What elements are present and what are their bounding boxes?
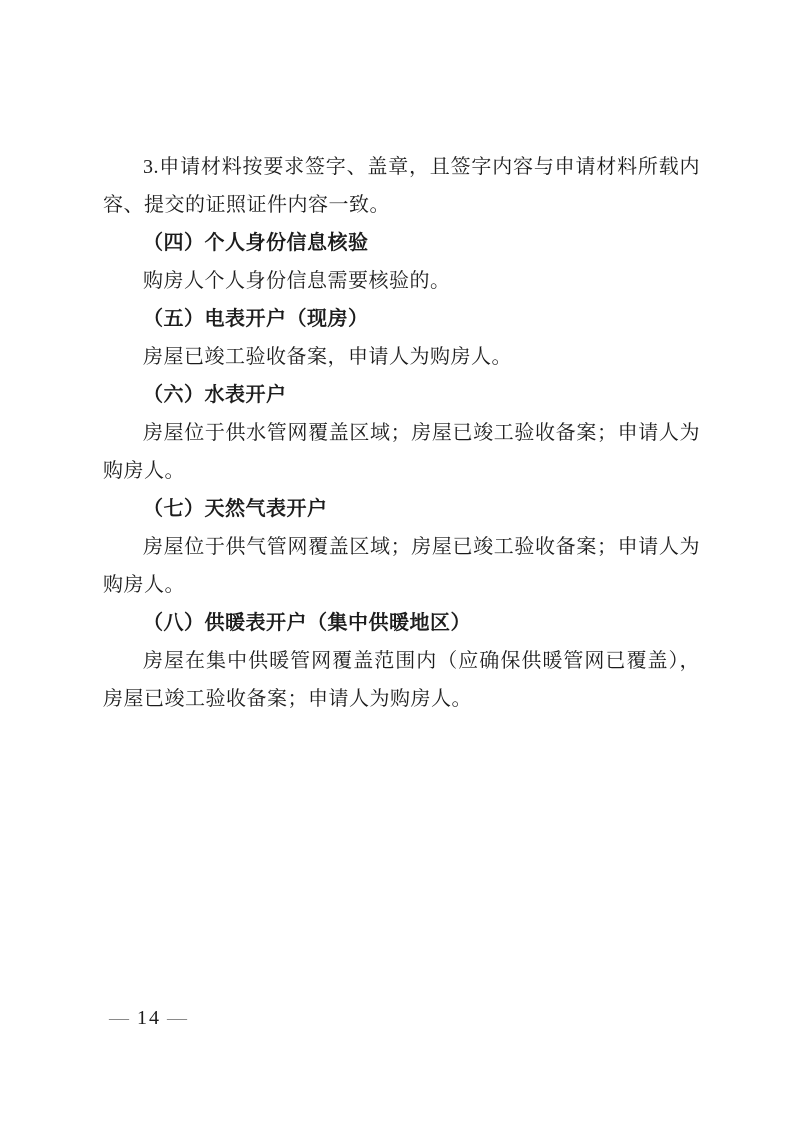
paragraph-identity-check: 购房人个人身份信息需要核验的。 — [103, 262, 700, 300]
paragraph-signature-requirement: 3.申请材料按要求签字、盖章，且签字内容与申请材料所载内容、提交的证照证件内容一… — [103, 148, 700, 224]
section-heading-identity-check: （四）个人身份信息核验 — [103, 224, 700, 262]
section-heading-water-meter: （六）水表开户 — [103, 376, 700, 414]
page-number-left-dash: — — [103, 1007, 137, 1029]
paragraph-gas-meter: 房屋位于供气管网覆盖区域；房屋已竣工验收备案；申请人为购房人。 — [103, 528, 700, 604]
paragraph-water-meter: 房屋位于供水管网覆盖区域；房屋已竣工验收备案；申请人为购房人。 — [103, 414, 700, 490]
section-heading-electric-meter: （五）电表开户（现房） — [103, 300, 700, 338]
section-heading-gas-meter: （七）天然气表开户 — [103, 490, 700, 528]
page-number: —14— — [103, 1003, 195, 1033]
page-number-value: 14 — [137, 1007, 161, 1029]
document-page: 3.申请材料按要求签字、盖章，且签字内容与申请材料所载内容、提交的证照证件内容一… — [0, 0, 793, 1122]
page-number-right-dash: — — [161, 1007, 195, 1029]
section-heading-heating-meter: （八）供暖表开户（集中供暖地区） — [103, 604, 700, 642]
paragraph-heating-meter: 房屋在集中供暖管网覆盖范围内（应确保供暖管网已覆盖），房屋已竣工验收备案；申请人… — [103, 642, 700, 718]
document-body: 3.申请材料按要求签字、盖章，且签字内容与申请材料所载内容、提交的证照证件内容一… — [103, 148, 700, 718]
paragraph-electric-meter: 房屋已竣工验收备案，申请人为购房人。 — [103, 338, 700, 376]
